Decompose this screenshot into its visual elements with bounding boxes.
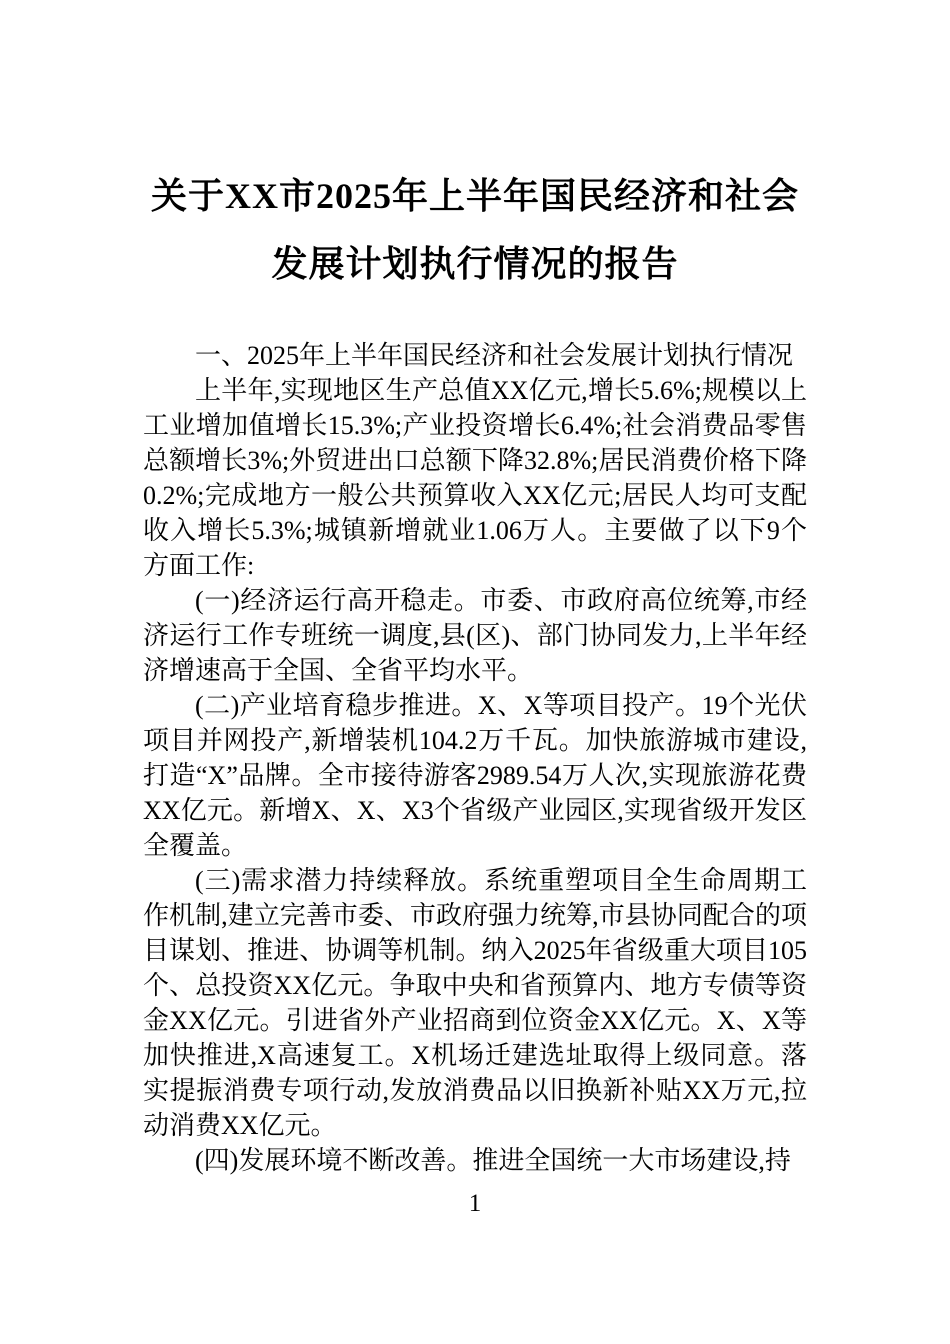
title-line-1: 关于XX市2025年上半年国民经济和社会: [143, 162, 807, 230]
section-heading: 一、2025年上半年国民经济和社会发展计划执行情况: [143, 338, 807, 373]
body-paragraph: (三)需求潜力持续释放。系统重塑项目全生命周期工作机制,建立完善市委、市政府强力…: [143, 863, 807, 1143]
page-number: 1: [0, 1186, 950, 1221]
document-title: 关于XX市2025年上半年国民经济和社会 发展计划执行情况的报告: [143, 162, 807, 298]
title-line-2: 发展计划执行情况的报告: [143, 230, 807, 298]
body-paragraph: 上半年,实现地区生产总值XX亿元,增长5.6%;规模以上工业增加值增长15.3%…: [143, 373, 807, 583]
body-paragraph: (二)产业培育稳步推进。X、X等项目投产。19个光伏项目并网投产,新增装机104…: [143, 688, 807, 863]
document-content: 关于XX市2025年上半年国民经济和社会 发展计划执行情况的报告 一、2025年…: [143, 0, 807, 1178]
body-paragraph: (四)发展环境不断改善。推进全国统一大市场建设,持: [143, 1143, 807, 1178]
document-page: 关于XX市2025年上半年国民经济和社会 发展计划执行情况的报告 一、2025年…: [0, 0, 950, 1344]
body-paragraph: (一)经济运行高开稳走。市委、市政府高位统筹,市经济运行工作专班统一调度,县(区…: [143, 583, 807, 688]
document-body: 一、2025年上半年国民经济和社会发展计划执行情况上半年,实现地区生产总值XX亿…: [143, 338, 807, 1178]
